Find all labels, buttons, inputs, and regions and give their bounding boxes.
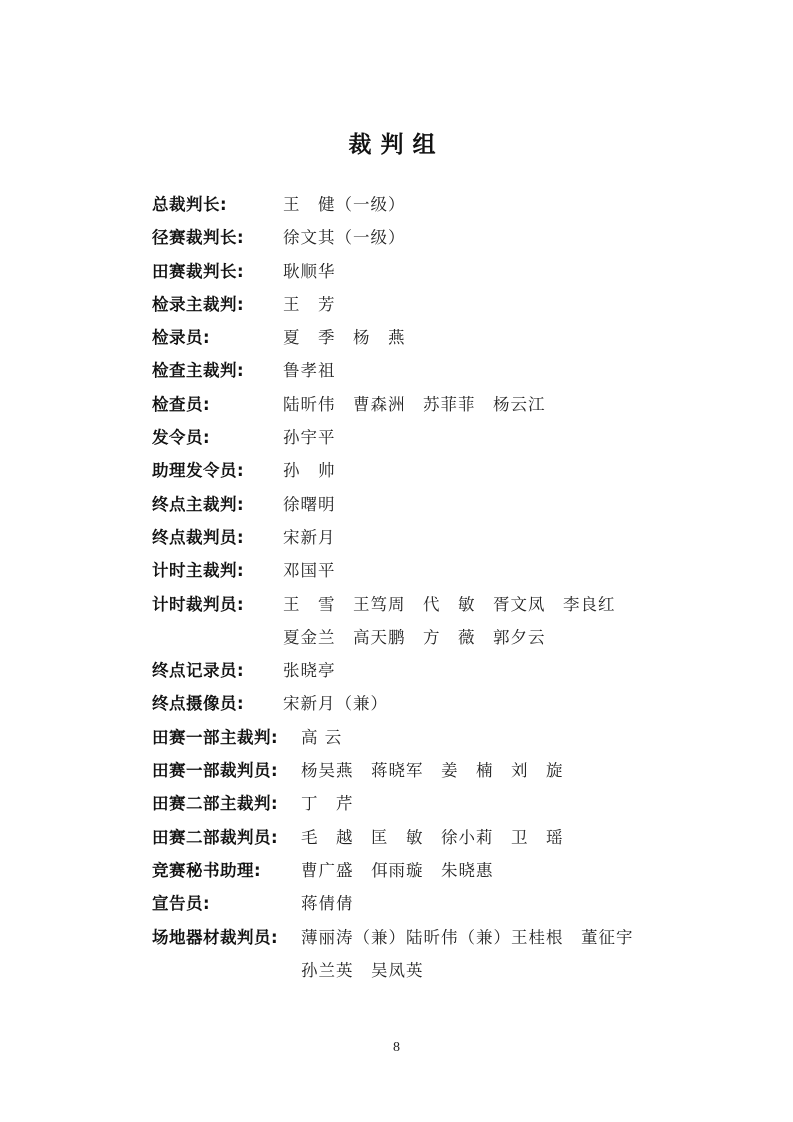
role-label: 发令员: [152, 421, 283, 454]
role-label: 竞赛秘书助理: [152, 854, 301, 887]
role-label: 检查主裁判: [152, 354, 283, 387]
role-label: 终点摄像员: [152, 687, 283, 720]
referee-row: 计时主裁判: 邓国平 [152, 554, 712, 587]
referee-row: 宣告员: 蒋倩倩 [152, 887, 712, 920]
members-line: 薄丽涛（兼）陆昕伟（兼）王桂根 董征宇 [301, 921, 634, 954]
referee-row: 场地器材裁判员: 薄丽涛（兼）陆昕伟（兼）王桂根 董征宇 孙兰英 吴凤英 [152, 921, 712, 988]
referee-row: 田赛二部裁判员: 毛 越 匡 敏 徐小莉 卫 瑶 [152, 821, 712, 854]
role-label: 检录员: [152, 321, 283, 354]
referee-row: 总裁判长: 王 健（一级） [152, 188, 712, 221]
role-members: 丁 芹 [301, 787, 354, 820]
referee-row: 助理发令员: 孙 帅 [152, 454, 712, 487]
role-members: 孙宇平 [283, 421, 336, 454]
role-members: 毛 越 匡 敏 徐小莉 卫 瑶 [301, 821, 564, 854]
role-label: 径赛裁判长: [152, 221, 283, 254]
role-members: 陆昕伟 曹森洲 苏菲菲 杨云江 [283, 388, 546, 421]
role-members: 徐文其（一级） [283, 221, 406, 254]
page-number: 8 [0, 1040, 793, 1056]
referee-row: 发令员: 孙宇平 [152, 421, 712, 454]
referee-row: 终点摄像员: 宋新月（兼） [152, 687, 712, 720]
role-members: 孙 帅 [283, 454, 336, 487]
referee-row: 终点主裁判: 徐曙明 [152, 488, 712, 521]
role-members: 薄丽涛（兼）陆昕伟（兼）王桂根 董征宇 孙兰英 吴凤英 [301, 921, 634, 988]
role-members: 宋新月（兼） [283, 687, 388, 720]
role-label: 总裁判长: [152, 188, 283, 221]
members-line: 孙兰英 吴凤英 [301, 954, 634, 987]
referee-row: 田赛二部主裁判: 丁 芹 [152, 787, 712, 820]
referee-row: 田赛裁判长: 耿顺华 [152, 255, 712, 288]
role-members: 王 芳 [283, 288, 336, 321]
referee-row: 田赛一部裁判员: 杨吴燕 蒋晓军 姜 楠 刘 旋 [152, 754, 712, 787]
referee-row: 终点记录员: 张晓亭 [152, 654, 712, 687]
role-label: 田赛二部裁判员: [152, 821, 301, 854]
role-members: 曹广盛 佴雨璇 朱晓惠 [301, 854, 494, 887]
role-members: 夏 季 杨 燕 [283, 321, 406, 354]
role-label: 田赛裁判长: [152, 255, 283, 288]
role-label: 助理发令员: [152, 454, 283, 487]
role-label: 检录主裁判: [152, 288, 283, 321]
page-title: 裁判组 [0, 126, 793, 159]
referee-row: 检录主裁判: 王 芳 [152, 288, 712, 321]
referee-row: 径赛裁判长: 徐文其（一级） [152, 221, 712, 254]
referee-row: 计时裁判员: 王 雪 王笃周 代 敏 胥文凤 李良红 夏金兰 高天鹏 方 薇 郭… [152, 588, 712, 655]
role-label: 宣告员: [152, 887, 301, 920]
role-members: 蒋倩倩 [301, 887, 354, 920]
role-members: 邓国平 [283, 554, 336, 587]
role-label: 田赛二部主裁判: [152, 787, 301, 820]
role-members: 王 健（一级） [283, 188, 406, 221]
members-line: 夏金兰 高天鹏 方 薇 郭夕云 [283, 621, 616, 654]
role-members: 宋新月 [283, 521, 336, 554]
referee-row: 终点裁判员: 宋新月 [152, 521, 712, 554]
members-line: 王 雪 王笃周 代 敏 胥文凤 李良红 [283, 588, 616, 621]
role-label: 田赛一部主裁判: [152, 721, 301, 754]
role-label: 计时裁判员: [152, 588, 283, 655]
role-members: 徐曙明 [283, 488, 336, 521]
referee-row: 检查员: 陆昕伟 曹森洲 苏菲菲 杨云江 [152, 388, 712, 421]
referee-row: 检查主裁判: 鲁孝祖 [152, 354, 712, 387]
role-members: 张晓亭 [283, 654, 336, 687]
referee-row: 田赛一部主裁判: 高 云 [152, 721, 712, 754]
role-label: 计时主裁判: [152, 554, 283, 587]
role-members: 鲁孝祖 [283, 354, 336, 387]
role-members: 耿顺华 [283, 255, 336, 288]
role-label: 终点裁判员: [152, 521, 283, 554]
role-label: 终点记录员: [152, 654, 283, 687]
role-members: 王 雪 王笃周 代 敏 胥文凤 李良红 夏金兰 高天鹏 方 薇 郭夕云 [283, 588, 616, 655]
role-label: 场地器材裁判员: [152, 921, 301, 988]
role-label: 检查员: [152, 388, 283, 421]
role-members: 高 云 [301, 721, 342, 754]
referee-list: 总裁判长: 王 健（一级） 径赛裁判长: 徐文其（一级） 田赛裁判长: 耿顺华 … [152, 188, 712, 987]
referee-row: 检录员: 夏 季 杨 燕 [152, 321, 712, 354]
role-members: 杨吴燕 蒋晓军 姜 楠 刘 旋 [301, 754, 564, 787]
referee-row: 竞赛秘书助理: 曹广盛 佴雨璇 朱晓惠 [152, 854, 712, 887]
role-label: 终点主裁判: [152, 488, 283, 521]
role-label: 田赛一部裁判员: [152, 754, 301, 787]
